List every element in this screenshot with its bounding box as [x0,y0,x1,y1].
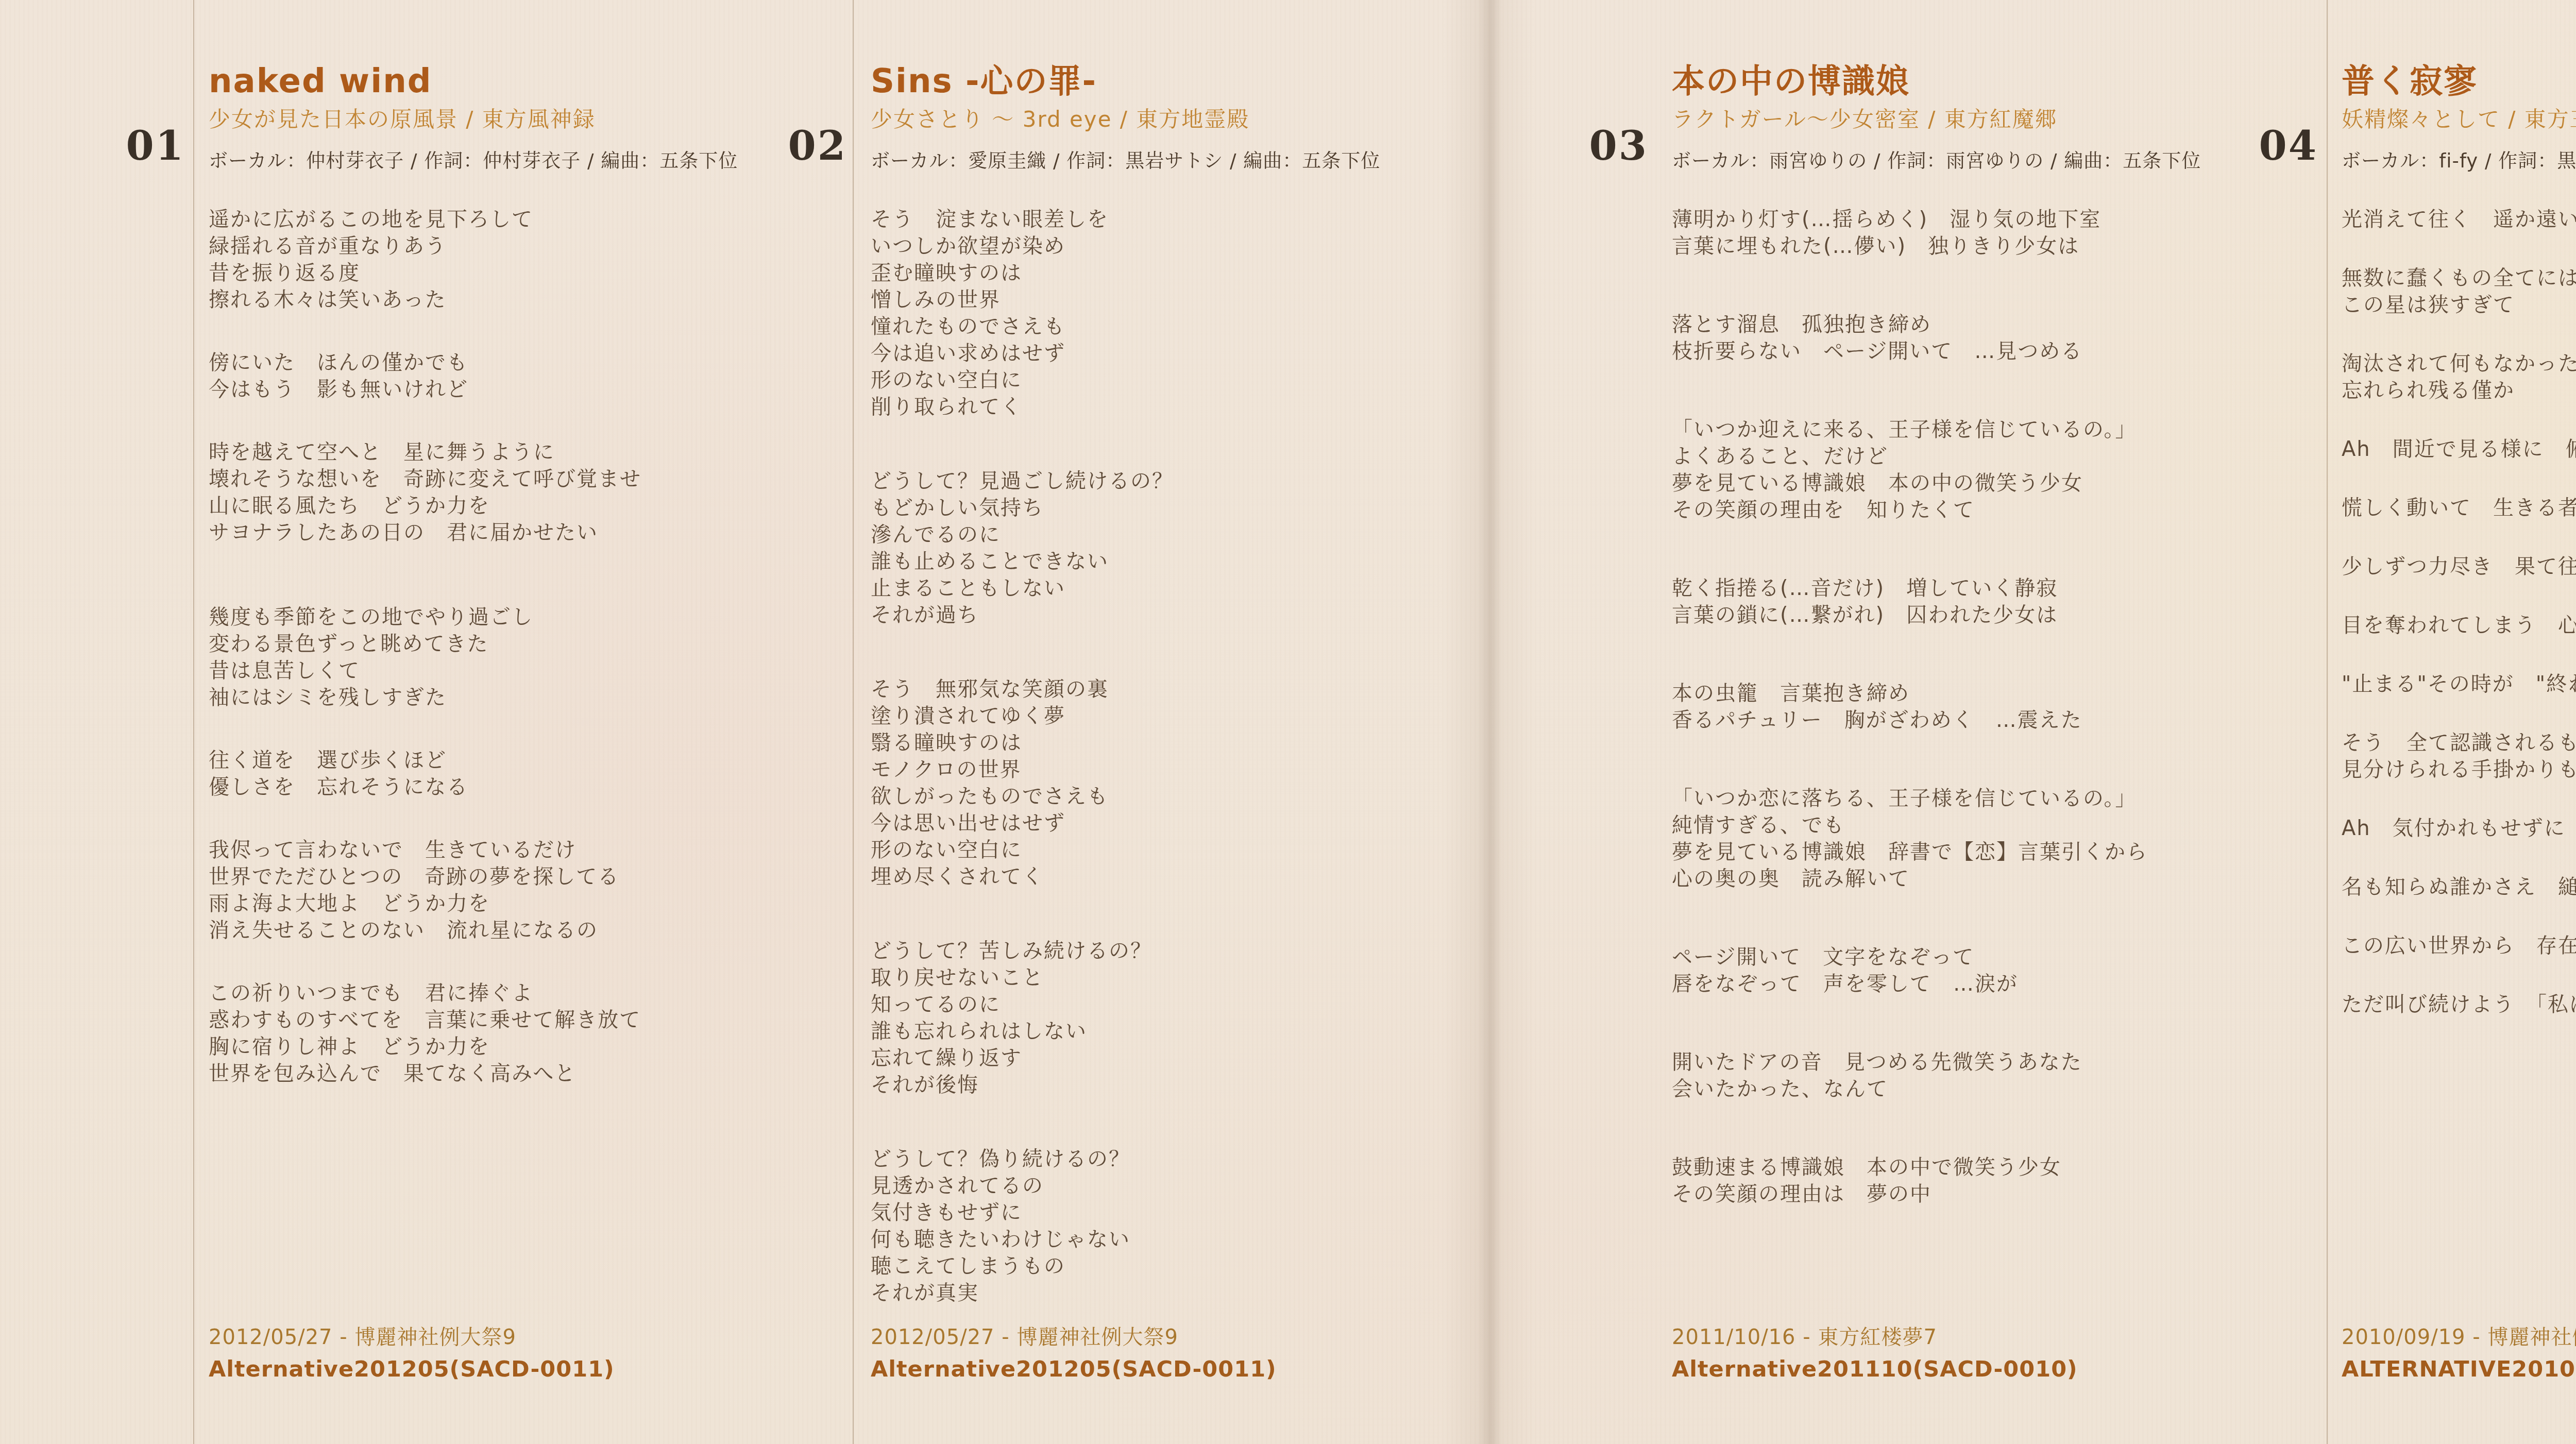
lyric-line: 遥かに広がるこの地を見下ろして [209,206,930,233]
lyric-line: 聴こえてしまうもの [871,1253,1592,1280]
lyric-line: 幾度も季節をこの地でやり過ごし [209,604,930,631]
lyric-stanza: 無数に蠢くもの全てにはこの星は狭すぎて [2342,265,2576,318]
lyric-line: 枝折要らない ページ開いて …見つめる [1672,338,2393,365]
lyric-line: そう 無邪気な笑顔の裏 [871,676,1592,703]
lyric-line: 歪む瞳映すのは [871,260,1592,286]
track-column-01: 01 naked wind 少女が見た日本の原風景 / 東方風神録 ボーカル：仲… [209,61,930,1123]
lyric-stanza: 慌しく動いて 生きる者たちよりも [2342,495,2576,521]
lyric-line: 薄明かり灯す(…揺らめく) 湿り気の地下室 [1672,206,2393,233]
lyric-line: 埋め尽くされてく [871,863,1592,890]
lyric-stanza: どうして？偽り続けるの？見透かされてるの気付きもせずに何も聴きたいわけじゃない聴… [871,1146,1592,1306]
lyric-line: 見分けられる手掛かりも…… [2342,756,2576,783]
lyric-stanza: ただ叫び続けよう 「私はここにいる」と [2342,991,2576,1018]
lyric-line: 時を越えて空へと 星に舞うように [209,439,930,466]
lyric-line: Ah 気付かれもせずに 消えて往くのならばもう [2342,815,2576,842]
lyric-line: 世界を包み込んで 果てなく高みへと [209,1060,930,1087]
track-original-source: 妖精燦々として / 東方三月精 [2342,105,2576,134]
lyric-line: 形のない空白に [871,367,1592,394]
lyric-stanza: 本の虫籠 言葉抱き締め香るパチュリー 胸がざわめく …震えた [1672,680,2393,734]
lyric-line: 鼓動速まる博識娘 本の中で微笑う少女 [1672,1154,2393,1181]
lyric-stanza: 目を奪われてしまう 心に影を落とし [2342,612,2576,639]
lyric-line: 形のない空白に [871,837,1592,863]
lyric-line: 夢を見ている博識娘 辞書で【恋】言葉引くから [1672,839,2393,865]
catalog-number: ALTERNATIVE201009(SACD-0006) [2342,1355,2576,1384]
track-number: 03 [1589,126,1648,166]
track-title: naked wind [209,61,930,102]
lyric-line: 光消えて往く 遥か遠い星 [2342,206,2576,233]
lyric-line: 誰も止めることできない [871,548,1592,575]
lyric-line: 目を奪われてしまう 心に影を落とし [2342,612,2576,639]
lyric-line: この広い世界から 存在が薄れれば [2342,932,2576,959]
lyric-line: 塗り潰されてゆく夢 [871,703,1592,729]
track-credits: ボーカル：fi-fy / 作詞：黒岩サトシ / 編曲：五条下位 [2342,148,2576,174]
track-credits: ボーカル：愛原圭織 / 作詞：黒岩サトシ / 編曲：五条下位 [871,148,1592,174]
lyric-line: 何も聴きたいわけじゃない [871,1226,1592,1253]
lyrics-block: 遥かに広がるこの地を見下ろして緑揺れる音が重なりあう昔を振り返る度擦れる木々は笑… [209,206,930,1087]
lyric-stanza: Ah 気付かれもせずに 消えて往くのならばもう [2342,815,2576,842]
catalog-number: Alternative201205(SACD-0011) [871,1355,1277,1384]
lyric-stanza: 「いつか恋に落ちる、王子様を信じているの。」純情すぎる、でも夢を見ている博識娘 … [1672,785,2393,892]
lyric-line: いつしか欲望が染め [871,233,1592,260]
lyric-line: 会いたかった、なんて [1672,1076,2393,1102]
release-info: 2010/09/19 - 博麗神社例大祭SP ALTERNATIVE201009… [2342,1324,2576,1384]
lyric-stanza: どうして？苦しみ続けるの？取り戻せないこと知ってるのに誰も忘れられはしない忘れて… [871,938,1592,1098]
lyric-line: 変わる景色ずっと眺めてきた [209,631,930,657]
lyric-stanza: 少しずつ力尽き 果て往く者たちへと [2342,553,2576,580]
lyric-line: 心の奥の奥 読み解いて [1672,865,2393,892]
lyric-stanza: 名も知らぬ誰かさえ 縋ること厭わない [2342,874,2576,901]
release-date: 2011/10/16 - 東方紅楼夢7 [1672,1324,2078,1351]
lyric-line: 滲んでるのに [871,521,1592,548]
lyric-line: 憎しみの世界 [871,286,1592,313]
track-number: 01 [126,126,185,166]
lyric-line: 欲しがったものでさえも [871,783,1592,810]
lyric-line: 夢を見ている博識娘 本の中の微笑う少女 [1672,470,2393,497]
lyric-stanza: "止まる"その時が "終わる"時なのか [2342,671,2576,698]
lyric-line: 唇をなぞって 声を零して …涙が [1672,971,2393,997]
lyric-stanza: どうして？見過ごし続けるの？もどかしい気持ち滲んでるのに誰も止めることできない止… [871,468,1592,628]
lyric-line: 往く道を 選び歩くほど [209,747,930,774]
lyric-line: 優しさを 忘れそうになる [209,774,930,801]
lyric-line: この祈りいつまでも 君に捧ぐよ [209,980,930,1007]
lyric-stanza: 傍にいた ほんの僅かでも今はもう 影も無いけれど [209,349,930,403]
lyric-stanza: 落とす溜息 孤独抱き締め枝折要らない ページ開いて …見つめる [1672,311,2393,365]
lyric-stanza: 薄明かり灯す(…揺らめく) 湿り気の地下室言葉に埋もれた(…儚い) 独りきり少女… [1672,206,2393,260]
lyric-line: ただ叫び続けよう 「私はここにいる」と [2342,991,2576,1018]
lyric-line: 胸に宿りし神よ どうか力を [209,1033,930,1060]
lyric-line: 言葉の鎖に(…繋がれ) 囚われた少女は [1672,602,2393,628]
lyric-line: どうして？苦しみ続けるの？ [871,938,1592,964]
lyric-line: どうして？偽り続けるの？ [871,1146,1592,1173]
track-number: 02 [788,126,847,166]
lyric-line: それが後悔 [871,1072,1592,1098]
lyric-line: 止まることもしない [871,575,1592,602]
lyric-line: 世界でただひとつの 奇跡の夢を探してる [209,863,930,890]
lyric-line: "止まる"その時が "終わる"時なのか [2342,671,2576,698]
lyric-line: 香るパチュリー 胸がざわめく …震えた [1672,707,2393,734]
lyric-line: 開いたドアの音 見つめる先微笑うあなた [1672,1049,2393,1076]
lyric-stanza: この広い世界から 存在が薄れれば [2342,932,2576,959]
lyric-line: 慌しく動いて 生きる者たちよりも [2342,495,2576,521]
lyric-line: そう 淀まない眼差しを [871,206,1592,233]
lyric-line: 知ってるのに [871,991,1592,1018]
lyric-line: 忘れられ残る僅か [2342,377,2576,404]
lyric-line: 落とす溜息 孤独抱き締め [1672,311,2393,338]
lyric-line: 取り戻せないこと [871,964,1592,991]
track-column-04: 04 普く寂寥 妖精燦々として / 東方三月精 ボーカル：fi-fy / 作詞：… [2342,61,2576,1050]
lyric-stanza: 開いたドアの音 見つめる先微笑うあなた会いたかった、なんて [1672,1049,2393,1102]
lyric-line: 純情すぎる、でも [1672,812,2393,839]
lyric-line: 昔を振り返る度 [209,260,930,286]
lyric-line: ページ開いて 文字をなぞって [1672,944,2393,971]
lyric-line: 擦れる木々は笑いあった [209,286,930,313]
lyric-line: 今は追い求めはせず [871,340,1592,367]
lyric-stanza: そう 無邪気な笑顔の裏塗り潰されてゆく夢翳る瞳映すのはモノクロの世界欲しがったも… [871,676,1592,890]
lyric-line: 我侭って言わないで 生きているだけ [209,837,930,863]
lyric-line: 少しずつ力尽き 果て往く者たちへと [2342,553,2576,580]
lyric-line: 忘れて繰り返す [871,1045,1592,1072]
lyric-line: モノクロの世界 [871,756,1592,783]
catalog-number: Alternative201110(SACD-0010) [1672,1355,2078,1384]
lyric-line: サヨナラしたあの日の 君に届かせたい [209,519,930,546]
release-info: 2012/05/27 - 博麗神社例大祭9 Alternative201205(… [871,1324,1277,1384]
lyric-line: 「いつか迎えに来る、王子様を信じているの。」 [1672,416,2393,443]
release-info: 2011/10/16 - 東方紅楼夢7 Alternative201110(SA… [1672,1324,2078,1384]
lyric-line: 翳る瞳映すのは [871,729,1592,756]
release-date: 2012/05/27 - 博麗神社例大祭9 [209,1324,615,1351]
lyric-line: 緑揺れる音が重なりあう [209,233,930,260]
lyric-line: 今はもう 影も無いけれど [209,376,930,403]
track-title: Sins -心の罪- [871,61,1592,102]
track-number: 04 [2259,126,2318,166]
lyric-stanza: そう 淀まない眼差しをいつしか欲望が染め歪む瞳映すのは憎しみの世界憧れたものでさ… [871,206,1592,420]
lyric-line: 無数に蠢くもの全てには [2342,265,2576,292]
lyric-stanza: 淘汰されて何もなかったかの様に忘れられ残る僅か [2342,350,2576,404]
lyric-stanza: 我侭って言わないで 生きているだけ世界でただひとつの 奇跡の夢を探してる雨よ海よ… [209,837,930,944]
lyric-line: 削り取られてく [871,394,1592,420]
catalog-number: Alternative201205(SACD-0011) [209,1355,615,1384]
release-date: 2010/09/19 - 博麗神社例大祭SP [2342,1324,2576,1351]
lyric-line: 乾く指捲る(…音だけ) 増していく静寂 [1672,575,2393,602]
column-divider [193,0,194,1444]
lyric-line: 誰も忘れられはしない [871,1018,1592,1045]
lyric-line: 昔は息苦しくて [209,657,930,684]
lyric-line: 名も知らぬ誰かさえ 縋ること厭わない [2342,874,2576,901]
lyric-stanza: ページ開いて 文字をなぞって唇をなぞって 声を零して …涙が [1672,944,2393,997]
lyric-line: よくあること、だけど [1672,443,2393,470]
track-title: 普く寂寥 [2342,61,2576,102]
lyric-line: 消え失せることのない 流れ星になるの [209,917,930,944]
lyric-line: それが真実 [871,1280,1592,1306]
lyric-line: Ah 間近で見る様に 俯瞰される世界は [2342,436,2576,463]
lyric-line: 壊れそうな想いを 奇跡に変えて呼び覚ませ [209,466,930,492]
lyric-stanza: 鼓動速まる博識娘 本の中で微笑う少女その笑顔の理由は 夢の中 [1672,1154,2393,1208]
lyric-line: 憧れたものでさえも [871,313,1592,340]
lyric-line: どうして？見過ごし続けるの？ [871,468,1592,495]
lyric-line: 惑わすものすべてを 言葉に乗せて解き放て [209,1007,930,1033]
lyric-stanza: 遥かに広がるこの地を見下ろして緑揺れる音が重なりあう昔を振り返る度擦れる木々は笑… [209,206,930,313]
lyric-stanza: そう 全て認識されるものには見分けられる手掛かりも…… [2342,729,2576,783]
release-info: 2012/05/27 - 博麗神社例大祭9 Alternative201205(… [209,1324,615,1384]
lyric-line: 「いつか恋に落ちる、王子様を信じているの。」 [1672,785,2393,812]
lyric-line: 本の虫籠 言葉抱き締め [1672,680,2393,707]
lyric-line: 山に眠る風たち どうか力を [209,492,930,519]
lyric-line: 傍にいた ほんの僅かでも [209,349,930,376]
release-date: 2012/05/27 - 博麗神社例大祭9 [871,1324,1277,1351]
lyric-stanza: この祈りいつまでも 君に捧ぐよ惑わすものすべてを 言葉に乗せて解き放て胸に宿りし… [209,980,930,1087]
lyrics-block: そう 淀まない眼差しをいつしか欲望が染め歪む瞳映すのは憎しみの世界憧れたものでさ… [871,206,1592,1306]
lyric-line: それが過ち [871,602,1592,628]
lyric-line: その笑顔の理由は 夢の中 [1672,1181,2393,1208]
lyric-line: 淘汰されて何もなかったかの様に [2342,350,2576,377]
lyrics-block: 薄明かり灯す(…揺らめく) 湿り気の地下室言葉に埋もれた(…儚い) 独りきり少女… [1672,206,2393,1208]
lyric-line: その笑顔の理由を 知りたくて [1672,497,2393,523]
track-original-source: 少女さとり ～ 3rd eye / 東方地霊殿 [871,105,1592,134]
lyric-stanza: 乾く指捲る(…音だけ) 増していく静寂言葉の鎖に(…繋がれ) 囚われた少女は [1672,575,2393,628]
lyric-stanza: 「いつか迎えに来る、王子様を信じているの。」よくあること、だけど夢を見ている博識… [1672,416,2393,523]
track-title: 本の中の博識娘 [1672,61,2393,102]
lyric-line: この星は狭すぎて [2342,292,2576,318]
lyric-stanza: 時を越えて空へと 星に舞うように壊れそうな想いを 奇跡に変えて呼び覚ませ山に眠る… [209,439,930,546]
lyric-stanza: 光消えて往く 遥か遠い星 [2342,206,2576,233]
lyrics-block: 光消えて往く 遥か遠い星無数に蠢くもの全てにはこの星は狭すぎて淘汰されて何もなか… [2342,206,2576,1018]
lyric-line: そう 全て認識されるものには [2342,729,2576,756]
track-column-03: 03 本の中の博識娘 ラクトガール～少女密室 / 東方紅魔郷 ボーカル：雨宮ゆり… [1672,61,2393,1259]
lyric-stanza: Ah 間近で見る様に 俯瞰される世界は [2342,436,2576,463]
lyric-line: 言葉に埋もれた(…儚い) 独りきり少女は [1672,233,2393,260]
lyric-line: もどかしい気持ち [871,495,1592,521]
lyric-line: 今は思い出せはせず [871,810,1592,837]
lyric-stanza: 幾度も季節をこの地でやり過ごし変わる景色ずっと眺めてきた昔は息苦しくて袖にはシミ… [209,604,930,711]
track-column-02: 02 Sins -心の罪- 少女さとり ～ 3rd eye / 東方地霊殿 ボー… [871,61,1592,1354]
lyric-line: 袖にはシミを残しすぎた [209,684,930,711]
lyric-line: 見透かされてるの [871,1173,1592,1199]
lyric-line: 気付きもせずに [871,1199,1592,1226]
lyric-stanza: 往く道を 選び歩くほど優しさを 忘れそうになる [209,747,930,801]
booklet-spread: 01 naked wind 少女が見た日本の原風景 / 東方風神録 ボーカル：仲… [0,0,2576,1444]
lyric-line: 雨よ海よ大地よ どうか力を [209,890,930,917]
